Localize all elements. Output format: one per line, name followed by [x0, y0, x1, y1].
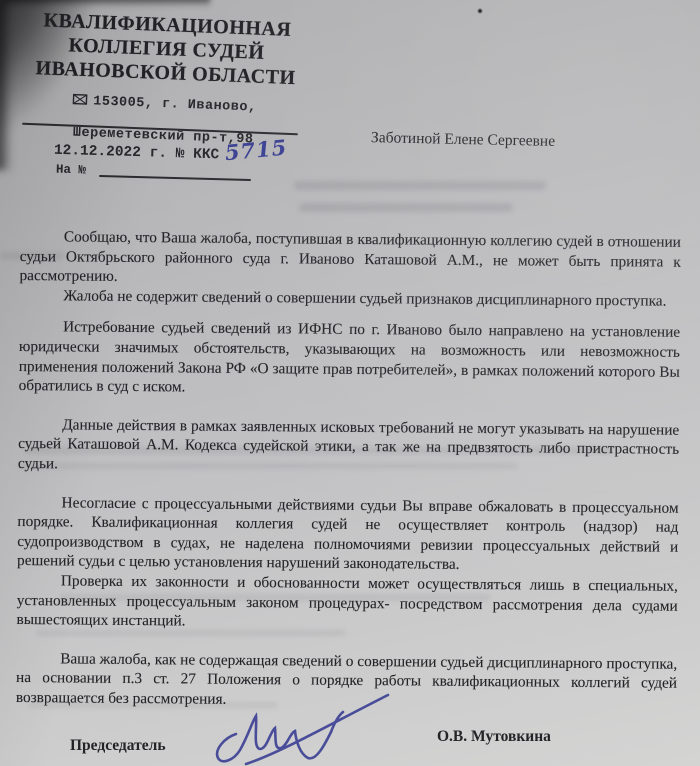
- signer-name: О.В. Мутовкина: [437, 728, 551, 746]
- signer-title: Председатель: [70, 737, 166, 755]
- bleed-through-smudge: [294, 181, 546, 190]
- photo-shadow-top-edge: [0, 0, 210, 7]
- envelope-icon: [72, 92, 88, 115]
- date-ref-text: 12.12.2022 г. № ККС: [54, 143, 220, 164]
- letter-body: Сообщаю, что Ваша жалоба, поступившая в …: [16, 227, 681, 713]
- incoming-ref-underline: [99, 175, 251, 181]
- bleed-through-smudge: [299, 203, 513, 212]
- incoming-ref-label: На №: [56, 163, 86, 178]
- ink-speck: [478, 9, 482, 13]
- handwritten-outgoing-number: 5715: [224, 135, 289, 166]
- handwritten-signature: [210, 688, 400, 766]
- postal-address-line-1: 153005, г. Иваново,: [30, 89, 299, 122]
- paragraph-3: Истребование судьей сведений из ИФНС по …: [19, 317, 681, 401]
- date-and-ref-line: 12.12.2022 г. № ККС5715: [54, 134, 288, 166]
- paragraph-6: Проверка их законности и обоснованности …: [16, 571, 677, 636]
- paragraph-1: Сообщаю, что Ваша жалоба, поступившая в …: [19, 227, 680, 292]
- postal-code-city: 153005, г. Иваново,: [93, 94, 257, 115]
- addressee-name: Заботиной Елене Сергеевне: [371, 129, 555, 151]
- paragraph-4: Данные действия в рамках заявленных иско…: [18, 415, 679, 480]
- paragraph-5: Несогласие с процессуальными действиями …: [17, 493, 679, 577]
- photo-shadow-left-edge: [0, 0, 12, 170]
- scanned-letter-photo: КВАЛИФИКАЦИОННАЯ КОЛЛЕГИЯ СУДЕЙ ИВАНОВСК…: [0, 0, 700, 766]
